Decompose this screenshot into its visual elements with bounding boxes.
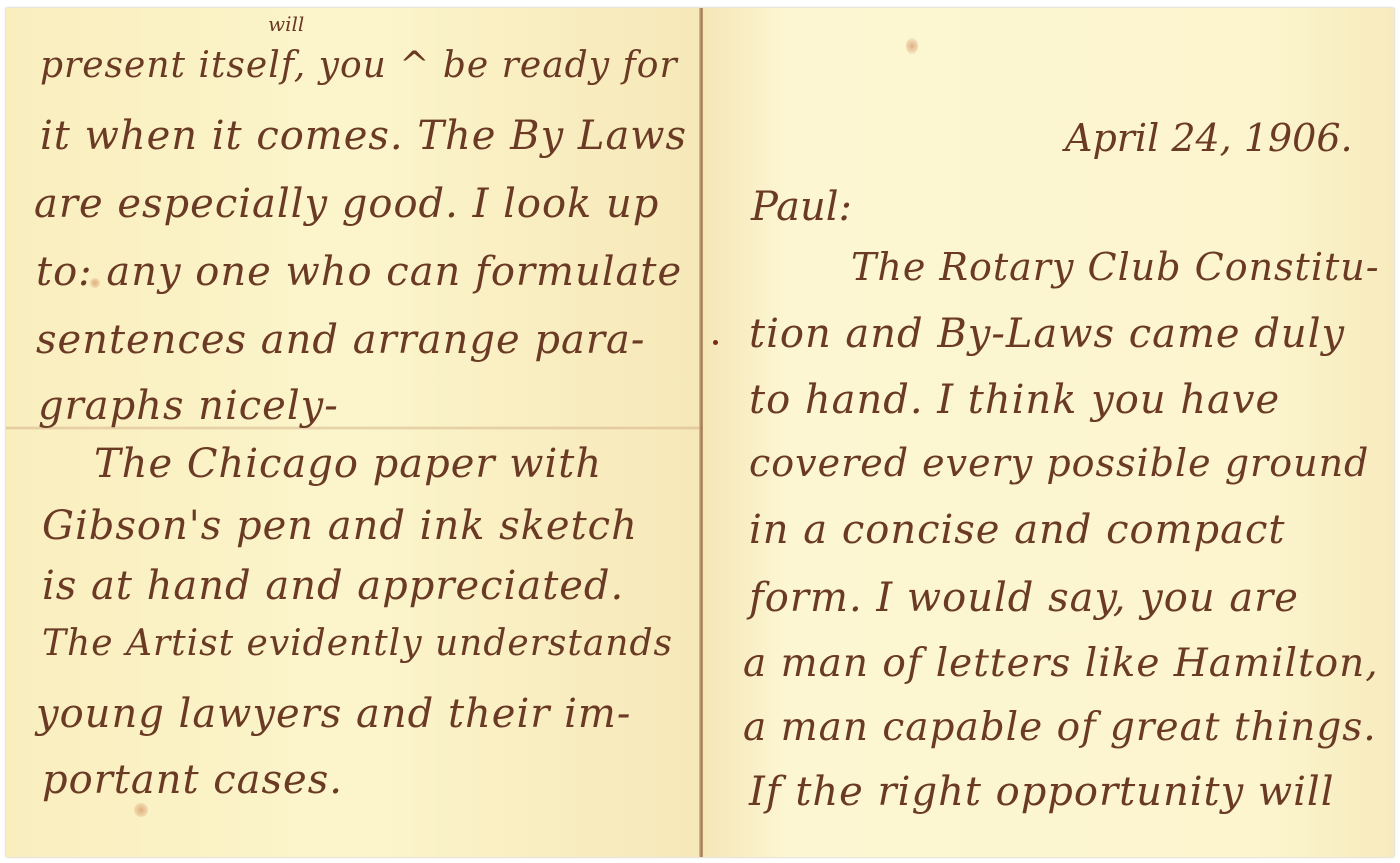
right-line-7: a man of letters like Hamilton, <box>743 644 1379 683</box>
paper-stain <box>134 803 148 817</box>
left-line-4: to: any one who can formulate <box>36 252 682 292</box>
paper-stain <box>906 38 918 54</box>
left-page: will present itself, you ^ be ready for … <box>6 8 703 857</box>
left-line-7: The Chicago paper with <box>94 444 602 484</box>
left-line-2: it when it comes. The By Laws <box>40 116 687 156</box>
right-line-8: a man capable of great things. <box>743 708 1377 747</box>
right-page: April 24, 1906. Paul: The Rotary Club Co… <box>703 8 1394 857</box>
ink-blot <box>713 340 718 345</box>
right-line-6: form. I would say, you are <box>749 578 1299 618</box>
left-line-10: The Artist evidently understands <box>42 626 673 662</box>
right-line-5: in a concise and compact <box>749 510 1285 550</box>
left-line-6: graphs nicely- <box>38 386 339 426</box>
right-line-1: The Rotary Club Constitu- <box>851 248 1380 286</box>
right-line-2: tion and By-Laws came duly <box>749 314 1345 354</box>
salutation: Paul: <box>751 184 852 230</box>
left-line-12: portant cases. <box>42 760 343 800</box>
letter-date: April 24, 1906. <box>1065 116 1353 160</box>
left-line-1: present itself, you ^ be ready for <box>40 48 678 84</box>
right-line-9: If the right opportunity will <box>749 772 1335 812</box>
right-line-4: covered every possible ground <box>749 444 1369 482</box>
right-line-3: to hand. I think you have <box>749 380 1280 420</box>
letter-sheet: will present itself, you ^ be ready for … <box>6 8 1394 857</box>
left-line-3: are especially good. I look up <box>34 184 659 224</box>
left-line-8: Gibson's pen and ink sketch <box>42 506 638 546</box>
left-line-9: is at hand and appreciated. <box>42 566 624 606</box>
left-line-11: young lawyers and their im- <box>36 694 631 734</box>
left-line-5: sentences and arrange para- <box>36 320 645 360</box>
inserted-word: will <box>268 12 304 36</box>
